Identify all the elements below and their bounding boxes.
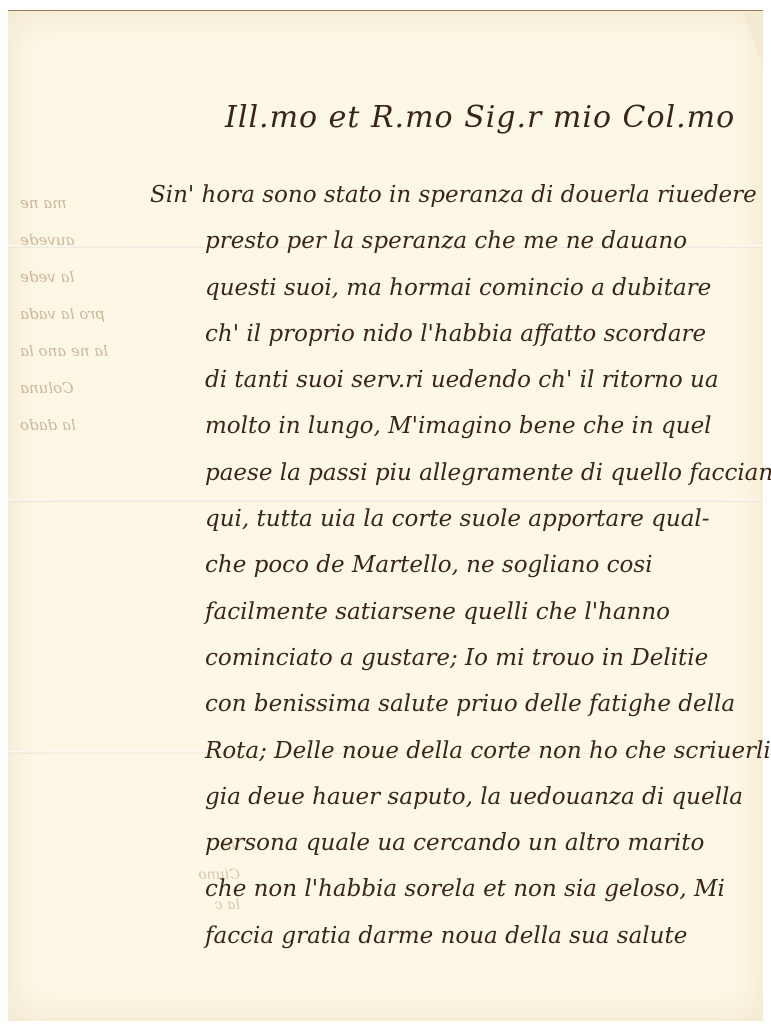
letter-line: qui, tutta uia la corte suole apportare … (150, 506, 760, 552)
letter-line: presto per la speranza che me ne dauano (150, 228, 760, 274)
letter-salutation: Ill.mo et R.mo Sig.r mio Col.mo (225, 100, 735, 135)
bleed-line: la vede (20, 259, 160, 296)
bleed-line: la dado (20, 407, 160, 444)
letter-line: che poco de Martello, ne sogliano cosi (150, 552, 760, 598)
letter-line: che non l'habbia sorela et non sia gelos… (150, 876, 760, 922)
bleed-line: pro la vada (20, 296, 160, 333)
letter-body: Sin' hora sono stato in speranza di doue… (150, 182, 760, 969)
letter-line: Sin' hora sono stato in speranza di doue… (150, 182, 760, 228)
letter-line: di tanti suoi serv.ri uedendo ch' il rit… (150, 367, 760, 413)
bleed-line: la ne ano la (20, 333, 160, 370)
letter-line: gia deue hauer saputo, la uedouanza di q… (150, 784, 760, 830)
letter-line: persona quale ua cercando un altro marit… (150, 830, 760, 876)
letter-line: facilmente satiarsene quelli che l'hanno (150, 599, 760, 645)
letter-line: molto in lungo, M'imagino bene che in qu… (150, 413, 760, 459)
folded-corner (743, 11, 763, 66)
bleed-through-text-left: ma ne auvede la vede pro la vada la ne a… (20, 185, 160, 444)
letter-line: faccia gratia darme noua della sua salut… (150, 923, 760, 969)
letter-line: con benissima salute priuo delle fatighe… (150, 691, 760, 737)
letter-line: questi suoi, ma hormai comincio a dubita… (150, 275, 760, 321)
letter-line: Rota; Delle noue della corte non ho che … (150, 738, 760, 784)
bleed-line: Coluna (20, 370, 160, 407)
letter-line: ch' il proprio nido l'habbia affatto sco… (150, 321, 760, 367)
letter-line: paese la passi piu allegramente di quell… (150, 460, 760, 506)
bleed-line: auvede (20, 222, 160, 259)
bleed-line: ma ne (20, 185, 160, 222)
letter-line: cominciato a gustare; Io mi trouo in Del… (150, 645, 760, 691)
